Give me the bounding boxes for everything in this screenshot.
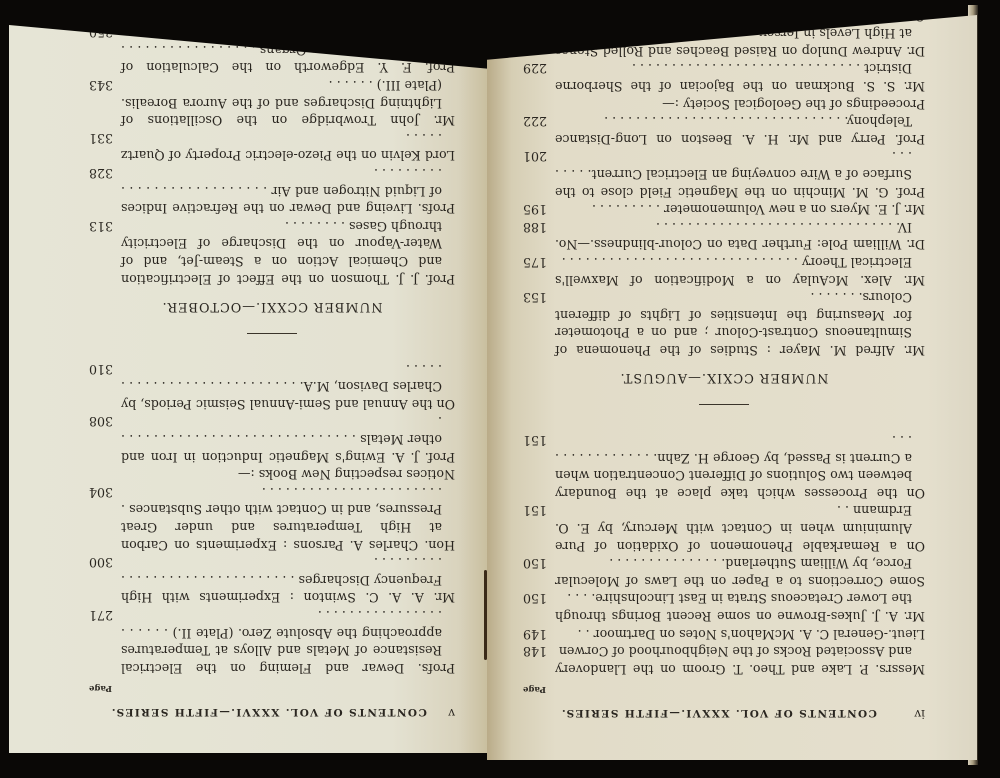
section-title-october: NUMBER CCXXI.—OCTOBER. — [89, 298, 455, 316]
toc-entry: On a Remarkable Phenomenon of Oxidation … — [523, 502, 925, 555]
toc-entry: Prof. Perry and Mr. H. A. Beeston on Lon… — [523, 113, 925, 148]
toc-entry: Prof. G. M. Minchin on the Magnetic Fiel… — [523, 148, 925, 201]
book-page-v: v CONTENTS OF VOL. XXXVI.—FIFTH SERIES. … — [9, 25, 487, 753]
toc-entry-page-number: 229 — [523, 60, 555, 78]
toc-entry: Profs. Liveing and Dewar on the Refracti… — [89, 164, 455, 217]
toc-entry: On the Critical Point, and some Phenomen… — [523, 0, 925, 25]
toc-entry-page-number: 201 — [523, 148, 555, 166]
toc-entry: On the Annual and Semi-Annual Seismic Pe… — [89, 360, 455, 413]
toc-entry-title: Profs. Liveing and Dewar on the Refracti… — [121, 164, 455, 217]
toc-entry-title: On the Critical Point, and some Phenomen… — [555, 0, 925, 25]
toc-entry-page-number: 331 — [89, 129, 121, 147]
toc-entry-page-number: 328 — [89, 164, 121, 182]
toc-entry-page-number: 188 — [523, 218, 555, 236]
page-v-content: v CONTENTS OF VOL. XXXVI.—FIFTH SERIES. … — [9, 25, 487, 753]
page-column-label: Page — [89, 679, 455, 697]
toc-entry-title: Mr. Alfred M. Mayer : Studies of the Phe… — [555, 289, 925, 359]
toc-entries-october: Prof. J. J. Thomson on the Effect of Ele… — [89, 0, 455, 288]
toc-entry-title: On the Processes which take place at the… — [555, 432, 925, 502]
toc-entry: Some Corrections to a Paper on the Laws … — [523, 555, 925, 590]
toc-entry-page-number: 151 — [523, 432, 555, 450]
toc-entry-page-number: 308 — [89, 413, 121, 431]
toc-entry-page-number: 343 — [89, 76, 121, 94]
toc-entry-title: Messrs. P. Lake and Theo. T. Groom on th… — [555, 643, 925, 678]
toc-entry-page-number: 151 — [523, 502, 555, 520]
book-spine-gutter — [484, 570, 487, 660]
toc-entry: Prof. F. Y. Edgeworth on the Calculation… — [89, 24, 455, 77]
toc-entry: Mr. J. E. Myers on a new Volumenometer .… — [523, 201, 925, 219]
toc-entry: Dr. Andrew Dunlop on Raised Beaches and … — [523, 25, 925, 60]
toc-entry-page-number: 150 — [523, 590, 555, 608]
toc-entry-title: Lieut.-General C. A. McMahon's Notes on … — [555, 625, 925, 643]
toc-entry-page-number: 230 — [523, 25, 555, 43]
toc-entry: Prof. J. A. Ewing's Magnetic Induction i… — [89, 413, 455, 466]
toc-entry-title: Mr. Alex. McAulay on a Modification of M… — [555, 253, 925, 288]
toc-entry: Messrs. P. Lake and Theo. T. Groom on th… — [523, 643, 925, 678]
toc-entry: On the Processes which take place at the… — [523, 432, 925, 502]
toc-entry-title: Profs. Dewar and Fleming on the Electric… — [121, 606, 455, 676]
toc-entry-title: On the Annual and Semi-Annual Seismic Pe… — [121, 360, 455, 413]
toc-entry: Lieut.-General C. A. McMahon's Notes on … — [523, 625, 925, 643]
toc-entry-title: Mr. S. S. Buckman on the Bajocian of the… — [555, 60, 925, 95]
toc-entry-page-number: 195 — [523, 201, 555, 219]
section-rule — [699, 405, 749, 406]
toc-entry-title: Mr. A. J. Jukes-Browne on some Recent Bo… — [555, 590, 925, 625]
toc-entry: Mr. M. Carey Lea on Endothermic Reaction… — [89, 0, 455, 24]
page-folio: iv — [914, 704, 925, 722]
toc-entry-page-number: 304 — [89, 483, 121, 501]
book-page-iv: iv CONTENTS OF VOL. XXXVI.—FIFTH SERIES.… — [487, 15, 977, 760]
page-iv-content: iv CONTENTS OF VOL. XXXVI.—FIFTH SERIES.… — [487, 15, 977, 760]
toc-entry: Mr. A. J. Jukes-Browne on some Recent Bo… — [523, 590, 925, 625]
toc-entry: Hon. Charles A. Parsons : Experiments on… — [89, 483, 455, 553]
toc-entry: Mr. S. S. Buckman on the Bajocian of the… — [523, 60, 925, 95]
toc-entry-page-number: 313 — [89, 217, 121, 235]
toc-entry-title: Dr. William Pole: Further Data on Colour… — [555, 218, 925, 253]
toc-entry: Mr. John Trowbridge on the Oscillations … — [89, 76, 455, 129]
toc-entry-page-number: 222 — [523, 113, 555, 131]
running-head: v CONTENTS OF VOL. XXXVI.—FIFTH SERIES. — [89, 702, 455, 721]
running-head: iv CONTENTS OF VOL. XXXVI.—FIFTH SERIES. — [523, 703, 925, 722]
toc-entry: Profs. Dewar and Fleming on the Electric… — [89, 606, 455, 676]
toc-entry-page-number: 271 — [89, 606, 121, 624]
toc-entry-page-number: 300 — [89, 554, 121, 572]
toc-entry: Mr. A. A. C. Swinton : Experiments with … — [89, 554, 455, 607]
toc-entry-title: Mr. John Trowbridge on the Oscillations … — [121, 76, 455, 129]
toc-entry-title: Lord Kelvin on the Piezo-electric Proper… — [121, 129, 455, 164]
toc-entry-title: Some Corrections to a Paper on the Laws … — [555, 555, 925, 590]
toc-entry: Dr. William Pole: Further Data on Colour… — [523, 218, 925, 253]
toc-entry-title: Hon. Charles A. Parsons : Experiments on… — [121, 483, 455, 553]
toc-entry-page-number: 310 — [89, 360, 121, 378]
toc-entry: Mr. Alex. McAulay on a Modification of M… — [523, 253, 925, 288]
toc-entry-title: Proceedings of the Geological Society :— — [555, 95, 925, 113]
page-folio: v — [448, 703, 455, 721]
toc-entry-page-number: 153 — [523, 289, 555, 307]
toc-entry-page-number: 148 — [523, 643, 555, 661]
toc-entry: Lord Kelvin on the Piezo-electric Proper… — [89, 129, 455, 164]
toc-entry-title: Prof. F. Y. Edgeworth on the Calculation… — [121, 24, 455, 77]
toc-entry-page-number: 150 — [523, 555, 555, 573]
toc-subheading: Proceedings of the Geological Society :— — [523, 95, 925, 113]
toc-entry-title: Notices respecting New Books :— — [121, 466, 455, 484]
toc-entry-title: Prof. J. J. Thomson on the Effect of Ele… — [121, 217, 455, 287]
toc-entry-title: Prof. G. M. Minchin on the Magnetic Fiel… — [555, 148, 925, 201]
running-head-title: CONTENTS OF VOL. XXXVI.—FIFTH SERIES. — [561, 703, 877, 721]
running-head-title: CONTENTS OF VOL. XXXVI.—FIFTH SERIES. — [110, 702, 426, 720]
toc-entry-title: Prof. Perry and Mr. H. A. Beeston on Lon… — [555, 113, 925, 148]
toc-subheading: Notices respecting New Books :— — [89, 466, 455, 484]
toc-entries-top: Messrs. P. Lake and Theo. T. Groom on th… — [523, 432, 925, 678]
toc-entries-top: Profs. Dewar and Fleming on the Electric… — [89, 360, 455, 677]
toc-entry-title: On a Remarkable Phenomenon of Oxidation … — [555, 502, 925, 555]
toc-entry-title: Dr. Andrew Dunlop on Raised Beaches and … — [555, 25, 925, 60]
toc-entry-title: Prof. J. A. Ewing's Magnetic Induction i… — [121, 413, 455, 466]
toc-entry-title: Mr. M. Carey Lea on Endothermic Reaction… — [121, 0, 455, 24]
toc-entry-page-number: 175 — [523, 253, 555, 271]
toc-entries-august: Mr. Alfred M. Mayer : Studies of the Phe… — [523, 0, 925, 359]
toc-entry-title: Mr. J. E. Myers on a new Volumenometer .… — [555, 201, 925, 219]
toc-entry-page-number: 350 — [89, 24, 121, 42]
toc-entry: Prof. J. J. Thomson on the Effect of Ele… — [89, 217, 455, 287]
section-rule — [247, 333, 297, 334]
toc-entry-title: Mr. A. A. C. Swinton : Experiments with … — [121, 554, 455, 607]
toc-entry: Mr. Alfred M. Mayer : Studies of the Phe… — [523, 289, 925, 359]
section-title-august: NUMBER CCXIX.—AUGUST. — [523, 369, 925, 387]
toc-entry-page-number: 149 — [523, 625, 555, 643]
page-column-label: Page — [523, 680, 925, 698]
